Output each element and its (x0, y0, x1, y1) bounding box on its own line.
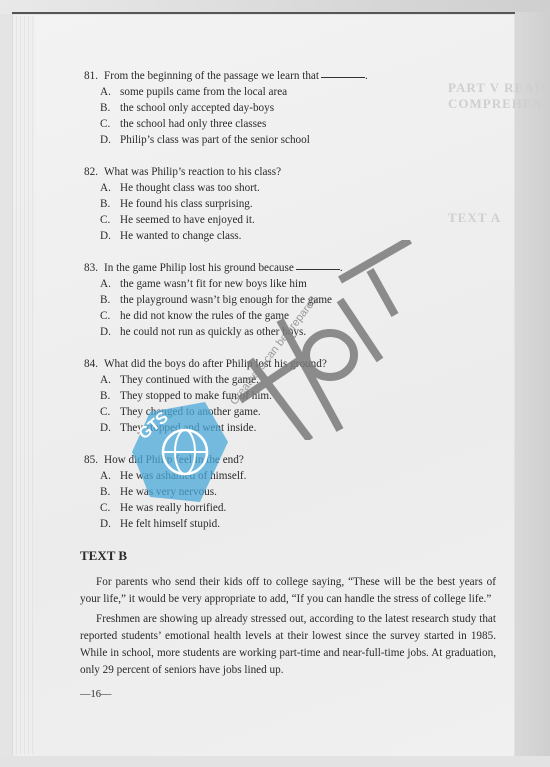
question-stem: 81.From the beginning of the passage we … (84, 68, 494, 84)
answer-option: C.the school had only three classes (84, 116, 494, 132)
option-text: the school had only three classes (120, 116, 266, 132)
option-letter: A. (100, 276, 120, 292)
option-text: He thought class was too short. (120, 180, 260, 196)
option-letter: C. (100, 500, 120, 516)
answer-option: D.He felt himself stupid. (84, 516, 494, 532)
scanner-edge-right (515, 12, 550, 767)
option-letter: D. (100, 516, 120, 532)
answer-option: B.He found his class surprising. (84, 196, 494, 212)
question-number: 82. (84, 164, 104, 180)
option-letter: B. (100, 484, 120, 500)
option-letter: D. (100, 324, 120, 340)
answer-option: A.the game wasn’t fit for new boys like … (84, 276, 494, 292)
question-text: From the beginning of the passage we lea… (104, 68, 319, 84)
option-letter: D. (100, 420, 120, 436)
question-81: 81.From the beginning of the passage we … (84, 68, 494, 148)
option-letter: A. (100, 372, 120, 388)
option-text: He wanted to change class. (120, 228, 241, 244)
option-letter: C. (100, 404, 120, 420)
answer-blank (296, 260, 340, 270)
option-letter: C. (100, 116, 120, 132)
option-text: He seemed to have enjoyed it. (120, 212, 255, 228)
option-letter: D. (100, 132, 120, 148)
option-text: the school only accepted day-boys (120, 100, 274, 116)
answer-option: A.some pupils came from the local area (84, 84, 494, 100)
option-letter: B. (100, 388, 120, 404)
answer-blank (321, 68, 365, 78)
section-title: TEXT B (80, 548, 494, 564)
answer-option: A.He thought class was too short. (84, 180, 494, 196)
option-letter: C. (100, 308, 120, 324)
option-letter: A. (100, 468, 120, 484)
question-number: 84. (84, 356, 104, 372)
question-text: What was Philip’s reaction to his class? (104, 164, 281, 180)
option-letter: A. (100, 84, 120, 100)
question-number: 83. (84, 260, 104, 276)
option-text: Philip’s class was part of the senior sc… (120, 132, 310, 148)
option-letter: A. (100, 180, 120, 196)
answer-option: C.He seemed to have enjoyed it. (84, 212, 494, 228)
question-stem: 83.In the game Philip lost his ground be… (84, 260, 494, 276)
option-letter: D. (100, 228, 120, 244)
watermark-globe-shield-icon: GTS (130, 402, 230, 512)
question-82: 82.What was Philip’s reaction to his cla… (84, 164, 494, 244)
question-number: 81. (84, 68, 104, 84)
question-number: 85. (84, 452, 104, 468)
page-content: 81.From the beginning of the passage we … (84, 68, 494, 703)
option-text: some pupils came from the local area (120, 84, 287, 100)
page-stack-edges (12, 16, 35, 754)
option-text: He found his class surprising. (120, 196, 253, 212)
answer-option: D.He wanted to change class. (84, 228, 494, 244)
question-stem: 82.What was Philip’s reaction to his cla… (84, 164, 494, 180)
question-text: In the game Philip lost his ground becau… (104, 260, 294, 276)
answer-option: B.the playground wasn’t big enough for t… (84, 292, 494, 308)
answer-option: D.Philip’s class was part of the senior … (84, 132, 494, 148)
option-text: He felt himself stupid. (120, 516, 220, 532)
scanner-edge-bottom (0, 756, 550, 767)
option-text: the game wasn’t fit for new boys like hi… (120, 276, 307, 292)
option-letter: C. (100, 212, 120, 228)
option-text: he did not know the rules of the game (120, 308, 289, 324)
answer-option: B.the school only accepted day-boys (84, 100, 494, 116)
answer-option: A.They continued with the game. (84, 372, 494, 388)
question-text: What did the boys do after Philip lost h… (104, 356, 327, 372)
passage: For parents who send their kids off to c… (84, 574, 494, 679)
option-letter: B. (100, 292, 120, 308)
option-letter: B. (100, 196, 120, 212)
passage-paragraph: Freshmen are showing up already stressed… (80, 611, 496, 679)
option-letter: B. (100, 100, 120, 116)
passage-paragraph: For parents who send their kids off to c… (80, 574, 496, 608)
page-number: —16— (80, 687, 494, 703)
question-stem: 84.What did the boys do after Philip los… (84, 356, 494, 372)
